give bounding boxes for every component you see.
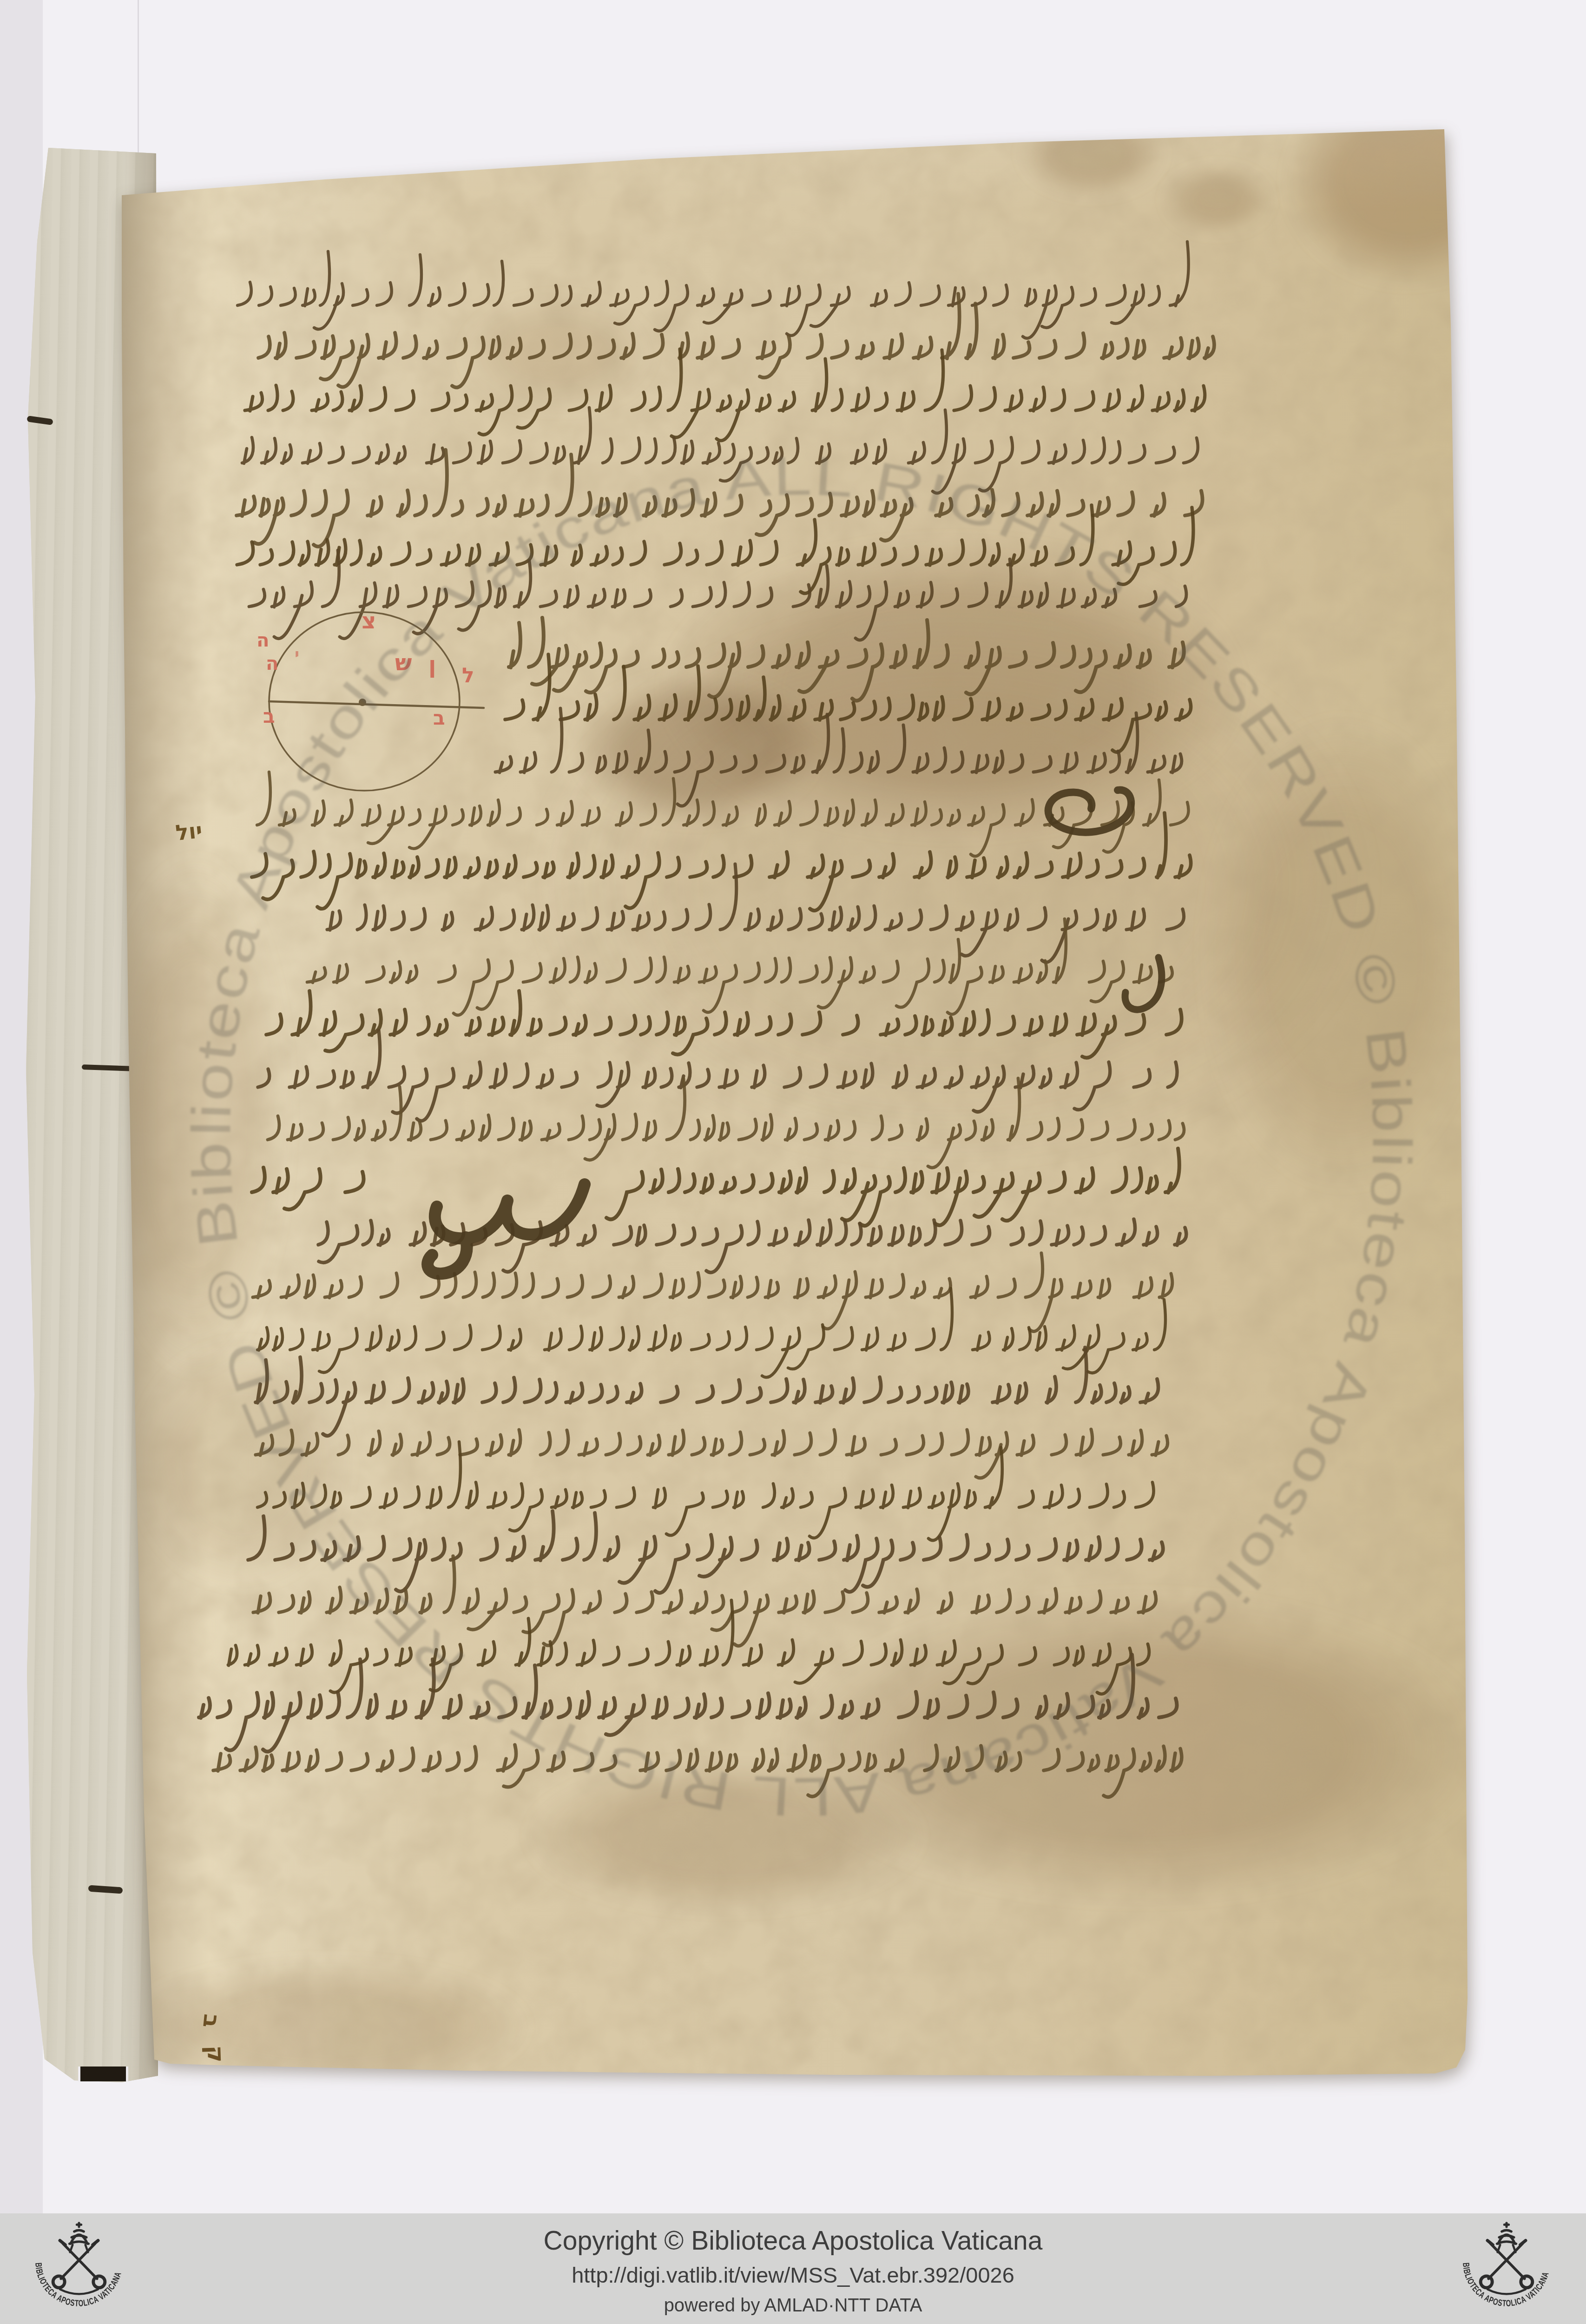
footer-powered-by: powered by AMLAD·NTT DATA — [664, 2295, 922, 2316]
catchword-letter: ב — [197, 2013, 225, 2029]
footer-copyright: Copyright © Biblioteca Apostolica Vatica… — [544, 2225, 1043, 2256]
diagram-center-dot — [359, 699, 366, 706]
diagram-red-letter-label: ל — [462, 666, 474, 686]
diagram-red-letter-label: ה — [266, 654, 278, 673]
manuscript-ink-layer — [0, 0, 1586, 2324]
diagram-red-letter-label: ן — [428, 654, 436, 676]
manuscript-page: צההישןלבב יול ב ק — [0, 0, 1586, 2324]
margin-note: יול — [174, 818, 204, 845]
diagram-red-letter-label: ב — [433, 708, 445, 728]
svg-text:BIBLIOTECA APOSTOLICA VATICANA: BIBLIOTECA APOSTOLICA VATICANA — [33, 2262, 124, 2309]
catchword-letter: ק — [202, 2045, 230, 2063]
diagram-red-letter-label: ש — [395, 652, 412, 674]
diagram-red-letter-label: ב — [263, 706, 275, 726]
footer-text-block: Copyright © Biblioteca Apostolica Vatica… — [0, 2213, 1586, 2324]
footer-url: http://digi.vatlib.it/view/MSS_Vat.ebr.3… — [572, 2262, 1014, 2288]
vatican-library-emblem-right: BIBLIOTECA APOSTOLICA VATICANA — [1454, 2216, 1560, 2322]
paper-fiber-texture — [112, 121, 1478, 2082]
diagram-red-letter-label: י — [295, 647, 299, 663]
diagram-red-letter-label: צ — [362, 610, 376, 632]
manuscript-scan-viewer: צההישןלבב יול ב ק lioteca Apostolica Vat… — [0, 0, 1586, 2324]
diagram-red-letter-label: ה — [257, 631, 269, 650]
leaf-wrap: צההישןלבב יול ב ק — [0, 0, 1586, 2324]
vatican-library-emblem-left: BIBLIOTECA APOSTOLICA VATICANA — [26, 2216, 132, 2322]
footer-band: Copyright © Biblioteca Apostolica Vatica… — [0, 2213, 1586, 2324]
svg-text:BIBLIOTECA APOSTOLICA VATICANA: BIBLIOTECA APOSTOLICA VATICANA — [1461, 2262, 1551, 2309]
